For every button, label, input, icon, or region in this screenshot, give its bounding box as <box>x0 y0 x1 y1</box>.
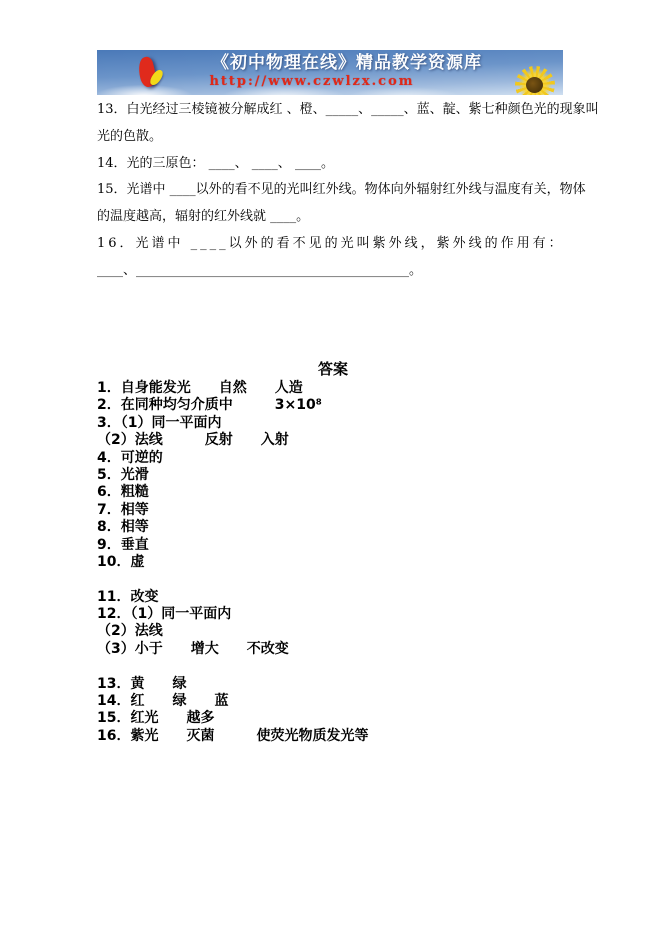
answer-line-11: 11．改变 <box>97 589 569 606</box>
answer-line-12c: （3）小于 增大 不改变 <box>97 641 569 658</box>
answer-line-12: 12．（1）同一平面内 <box>97 606 569 623</box>
answer-line-7: 7．相等 <box>97 502 569 519</box>
sunflower-icon <box>513 64 557 95</box>
question-16-line-1: 16．光谱中 ____以外的看不见的光叫紫外线，紫外线的作用有： <box>97 231 569 258</box>
answer-line-1: 1．自身能发光 自然 人造 <box>97 380 569 397</box>
question-14-line: 14．光的三原色： ____、 ____、 ____。 <box>97 151 569 178</box>
site-logo-icon <box>135 55 169 91</box>
answer-blank-line-1 <box>97 571 569 588</box>
answer-line-6: 6．粗糙 <box>97 484 569 501</box>
answer-line-4: 4．可逆的 <box>97 450 569 467</box>
answers-title: 答案 <box>97 358 569 380</box>
answer-line-13: 13．黄 绿 <box>97 676 569 693</box>
answer-line-9: 9．垂直 <box>97 537 569 554</box>
answer-line-15: 15．红光 越多 <box>97 710 569 727</box>
answer-line-16: 16．紫光 灭菌 使荧光物质发光等 <box>97 728 569 745</box>
site-banner: 《初中物理在线》精品教学资源库 http://www.czwlzx.com <box>97 50 563 95</box>
answer-line-14: 14．红 绿 蓝 <box>97 693 569 710</box>
answer-line-8: 8．相等 <box>97 519 569 536</box>
banner-title: 《初中物理在线》精品教学资源库 <box>192 52 502 74</box>
questions-section: 13．白光经过三棱镜被分解成红 、橙、_____、_____、蓝、靛、紫七种颜色… <box>97 97 569 285</box>
answer-line-5: 5．光滑 <box>97 467 569 484</box>
question-16-line-2: ____、___________________________________… <box>97 258 569 285</box>
question-13-line-2: 光的色散。 <box>97 124 569 151</box>
sunflower-center <box>526 77 543 93</box>
answer-blank-line-2 <box>97 658 569 675</box>
banner-text-block: 《初中物理在线》精品教学资源库 http://www.czwlzx.com <box>192 52 502 90</box>
answer-line-3: 3．（1）同一平面内 <box>97 415 569 432</box>
question-13-line-1: 13．白光经过三棱镜被分解成红 、橙、_____、_____、蓝、靛、紫七种颜色… <box>97 97 569 124</box>
answer-line-10: 10．虚 <box>97 554 569 571</box>
question-15-line-1: 15．光谱中 ____以外的看不见的光叫红外线。物体向外辐射红外线与温度有关，物… <box>97 177 569 204</box>
answer-line-2: 2．在同种均匀介质中 3×10⁸ <box>97 397 569 414</box>
answer-line-12b: （2）法线 <box>97 623 569 640</box>
question-15-line-2: 的温度越高，辐射的红外线就 ____。 <box>97 204 569 231</box>
document-page: 《初中物理在线》精品教学资源库 http://www.czwlzx.com 13… <box>0 0 661 935</box>
answers-section: 答案 1．自身能发光 自然 人造 2．在同种均匀介质中 3×10⁸ 3．（1）同… <box>97 358 569 745</box>
answer-line-3b: （2）法线 反射 入射 <box>97 432 569 449</box>
banner-url-link[interactable]: http://www.czwlzx.com <box>192 74 502 90</box>
